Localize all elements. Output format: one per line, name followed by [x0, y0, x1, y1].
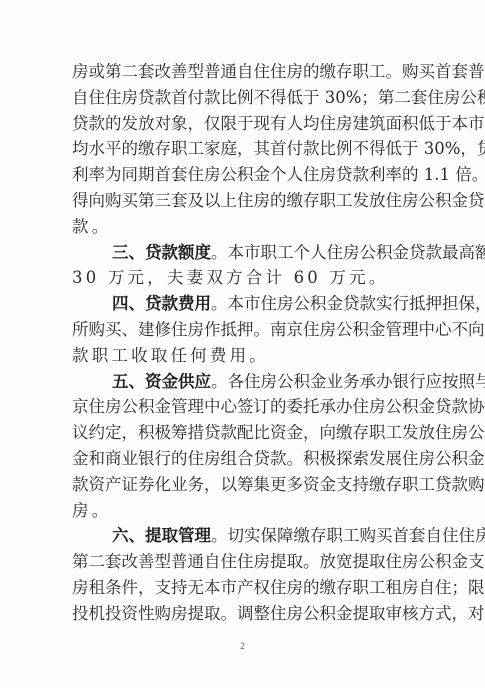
text-line: 自住住房贷款首付款比例不得低于 30%；第二套住房公积金 — [72, 85, 409, 111]
section-heading: 五、资金供应 — [112, 372, 211, 391]
text-line: 款。 — [72, 214, 409, 240]
text-line: 得向购买第三套及以上住房的缴存职工发放住房公积金贷 — [72, 188, 409, 214]
section-6-withdrawal-management: 六、提取管理。切实保障缴存职工购买首套自住住房或 第二套改善型普通自住住房提取。… — [72, 523, 409, 626]
text-span: 。各住房公积金业务承办银行应按照与南 — [211, 372, 485, 391]
text-line: 金和商业银行的住房组合贷款。积极探索发展住房公积金贷 — [72, 446, 409, 472]
document-body: 房或第二套改善型普通自住住房的缴存职工。购买首套普通 自住住房贷款首付款比例不得… — [72, 59, 409, 627]
section-first-line: 六、提取管理。切实保障缴存职工购买首套自住住房或 — [72, 523, 409, 549]
section-heading: 四、贷款费用 — [112, 294, 211, 313]
text-line: 贷款的发放对象，仅限于现有人均住房建筑面积低于本市平 — [72, 111, 409, 137]
text-line: 议约定，积极筹措贷款配比资金，向缴存职工发放住房公积 — [72, 420, 409, 446]
section-5-fund-supply: 五、资金供应。各住房公积金业务承办银行应按照与南 京住房公积金管理中心签订的委托… — [72, 369, 409, 524]
text-line: 房或第二套改善型普通自住住房的缴存职工。购买首套普通 — [72, 59, 409, 85]
section-first-line: 五、资金供应。各住房公积金业务承办银行应按照与南 — [72, 369, 409, 395]
text-line: 款资产证券化业务，以筹集更多资金支持缴存职工贷款购 — [72, 472, 409, 498]
document-page: 房或第二套改善型普通自住住房的缴存职工。购买首套普通 自住住房贷款首付款比例不得… — [0, 0, 485, 688]
page-number: 2 — [0, 641, 485, 651]
section-heading: 三、贷款额度 — [112, 243, 211, 262]
text-line: 均水平的缴存职工家庭，其首付款比例不得低于 30%，贷款 — [72, 136, 409, 162]
section-first-line: 三、贷款额度。本市职工个人住房公积金贷款最高额度 — [72, 240, 409, 266]
text-line: 京住房公积金管理中心签订的委托承办住房公积金贷款协 — [72, 394, 409, 420]
text-span: 。切实保障缴存职工购买首套自住住房或 — [211, 526, 485, 545]
text-line: 30 万元，夫妻双方合计 60 万元。 — [72, 265, 409, 291]
text-line: 房租条件，支持无本市产权住房的缴存职工租房自住；限制 — [72, 575, 409, 601]
text-line: 房。 — [72, 498, 409, 524]
text-line: 所购买、建修住房作抵押。南京住房公积金管理中心不向贷 — [72, 317, 409, 343]
text-span: 。本市职工个人住房公积金贷款最高额度 — [211, 243, 485, 262]
text-span: 。本市住房公积金贷款实行抵押担保，以 — [211, 294, 485, 313]
section-heading: 六、提取管理 — [112, 526, 211, 545]
text-line: 投机投资性购房提取。调整住房公积金提取审核方式，对较 — [72, 601, 409, 627]
section-3-loan-amount: 三、贷款额度。本市职工个人住房公积金贷款最高额度 30 万元，夫妻双方合计 60… — [72, 240, 409, 292]
section-4-loan-fees: 四、贷款费用。本市住房公积金贷款实行抵押担保，以 所购买、建修住房作抵押。南京住… — [72, 291, 409, 368]
section-2-continuation: 房或第二套改善型普通自住住房的缴存职工。购买首套普通 自住住房贷款首付款比例不得… — [72, 59, 409, 240]
section-first-line: 四、贷款费用。本市住房公积金贷款实行抵押担保，以 — [72, 291, 409, 317]
text-line: 利率为同期首套住房公积金个人住房贷款利率的 1.1 倍。不 — [72, 162, 409, 188]
text-line: 第二套改善型普通自住住房提取。放宽提取住房公积金支付 — [72, 549, 409, 575]
text-line: 款职工收取任何费用。 — [72, 343, 409, 369]
